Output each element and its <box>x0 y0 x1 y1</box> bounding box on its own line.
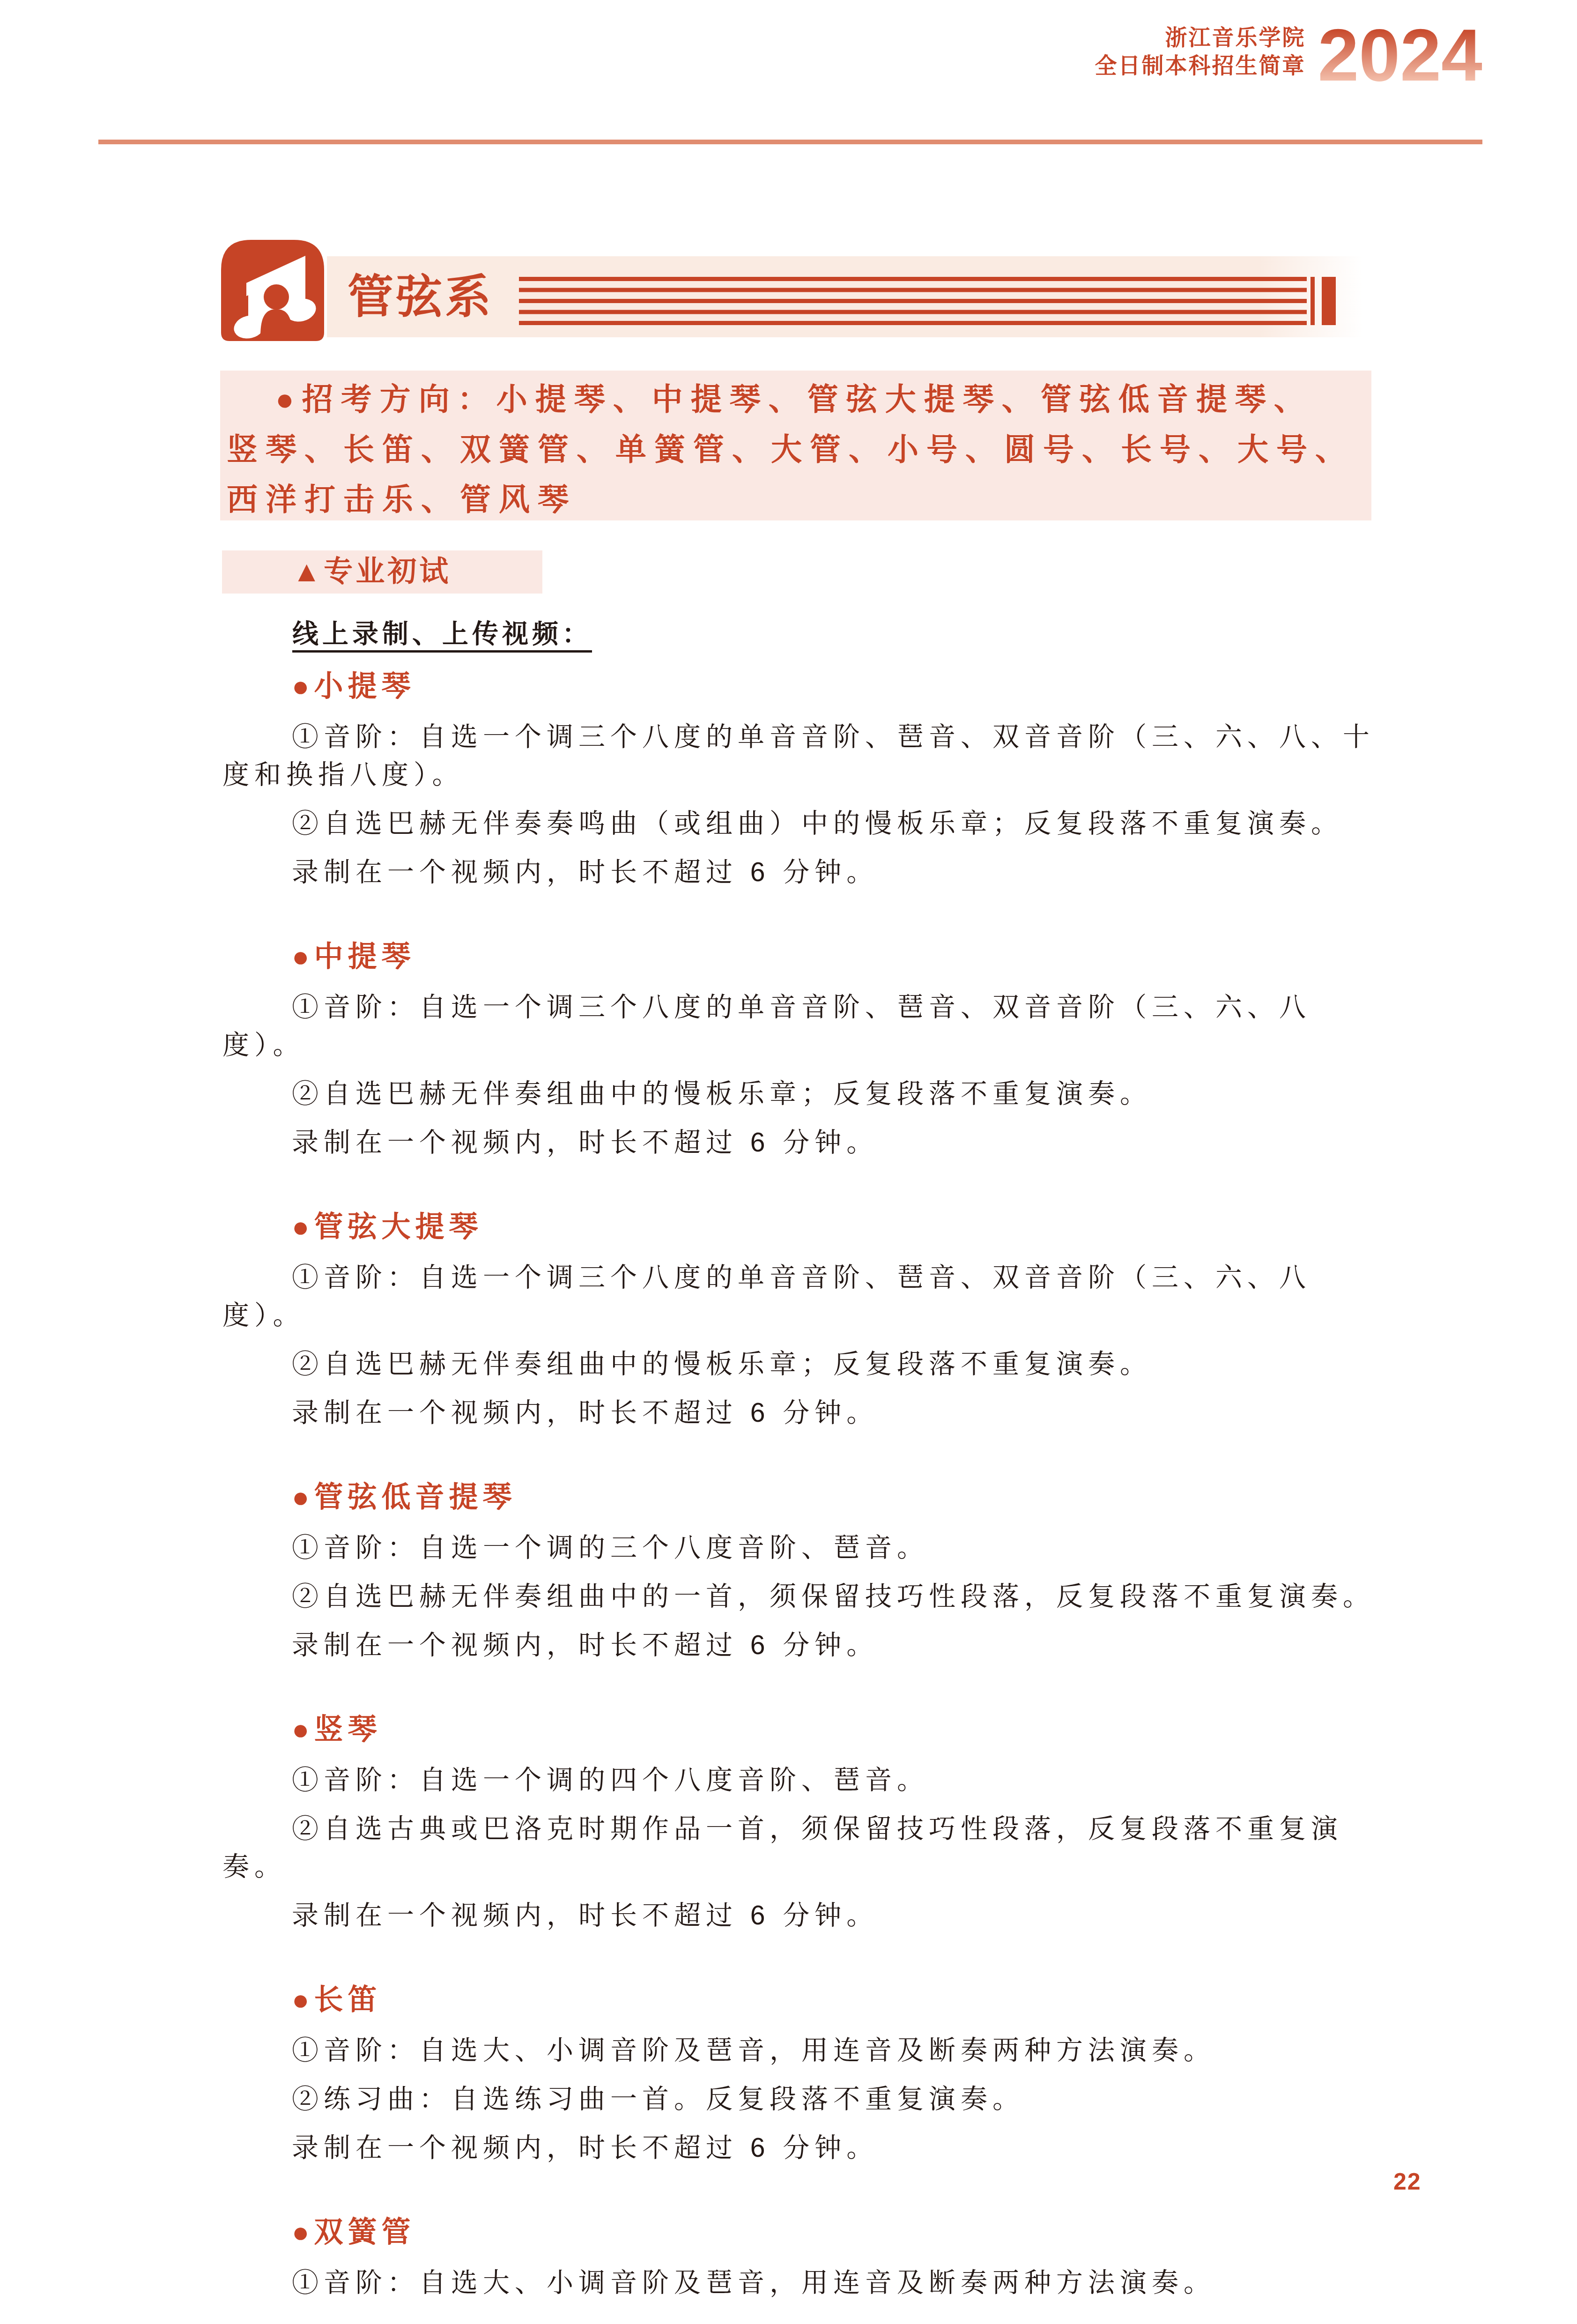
header-text-block: 浙江音乐学院 全日制本科招生简章 <box>1095 21 1306 80</box>
section-title-harp: ●竖琴 <box>222 1711 1384 1749</box>
section-title-flute: ●长笛 <box>222 1981 1384 2019</box>
requirement-item: ①音阶：自选大、小调音阶及琶音，用连音及断奏两种方法演奏。 <box>222 2032 1384 2070</box>
requirement-item: ②自选古典或巴洛克时期作品一首，须保留技巧性段落，反复段落不重复演奏。 <box>222 1810 1384 1886</box>
requirement-item: ①音阶：自选一个调三个八度的单音音阶、琶音、双音音阶（三、六、八、十度和换指八度… <box>222 718 1384 794</box>
admission-directions-line: ●招考方向：小提琴、中提琴、管弦大提琴、管弦低音提琴、 <box>220 371 1371 424</box>
year-label: 2024 <box>1318 21 1483 83</box>
admission-directions-line: 西洋打击乐、管风琴 <box>220 475 1371 525</box>
admission-directions-block: ●招考方向：小提琴、中提琴、管弦大提琴、管弦低音提琴、 竖琴、长笛、双簧管、单簧… <box>220 371 1371 520</box>
online-recording-note: 线上录制、上传视频： <box>222 615 1384 653</box>
requirement-item: ②练习曲：自选练习曲一首。反复段落不重复演奏。 <box>222 2080 1384 2118</box>
requirements-content: 线上录制、上传视频： ●小提琴 ①音阶：自选一个调三个八度的单音音阶、琶音、双音… <box>222 615 1384 2313</box>
school-name: 浙江音乐学院 <box>1165 23 1306 52</box>
section-title-double-bass: ●管弦低音提琴 <box>222 1478 1384 1516</box>
section-title-viola: ●中提琴 <box>222 938 1384 976</box>
brochure-subtitle: 全日制本科招生简章 <box>1095 52 1306 80</box>
requirement-item: ①音阶：自选一个调三个八度的单音音阶、琶音、双音音阶（三、六、八度）。 <box>222 988 1384 1064</box>
requirement-item: ①音阶：自选一个调三个八度的单音音阶、琶音、双音音阶（三、六、八度）。 <box>222 1259 1384 1335</box>
section-title-cello: ●管弦大提琴 <box>222 1208 1384 1246</box>
requirement-item: 录制在一个视频内，时长不超过 6 分钟。 <box>222 854 1384 891</box>
requirement-item: ①音阶：自选大、小调音阶及琶音，用连音及断奏两种方法演奏。 <box>222 2264 1384 2302</box>
section-title-violin: ●小提琴 <box>222 668 1384 705</box>
requirement-item: 录制在一个视频内，时长不超过 6 分钟。 <box>222 1394 1384 1432</box>
requirement-item: ②自选巴赫无伴奏奏鸣曲（或组曲）中的慢板乐章；反复段落不重复演奏。 <box>222 805 1384 843</box>
requirement-item: 录制在一个视频内，时长不超过 6 分钟。 <box>222 1897 1384 1935</box>
requirement-item: ①音阶：自选一个调的三个八度音阶、琶音。 <box>222 1529 1384 1567</box>
requirement-item: 录制在一个视频内，时长不超过 6 分钟。 <box>222 2129 1384 2167</box>
section-title-oboe: ●双簧管 <box>222 2213 1384 2251</box>
requirement-item: ②自选巴赫无伴奏组曲中的慢板乐章；反复段落不重复演奏。 <box>222 1075 1384 1113</box>
exam-stage-label: ▲专业初试 <box>222 550 542 594</box>
music-note-person-icon <box>221 240 324 341</box>
requirement-item: 录制在一个视频内，时长不超过 6 分钟。 <box>222 1124 1384 1162</box>
page-header: 浙江音乐学院 全日制本科招生简章 2024 <box>1095 21 1483 83</box>
exam-stage-band: ▲专业初试 <box>222 550 542 594</box>
requirement-item: 录制在一个视频内，时长不超过 6 分钟。 <box>222 1626 1384 1664</box>
staff-lines-decoration <box>519 277 1337 326</box>
header-separator-line <box>98 140 1482 144</box>
admission-directions-line: 竖琴、长笛、双簧管、单簧管、大管、小号、圆号、长号、大号、 <box>220 424 1371 475</box>
brochure-page: { "header": { "school": "浙江音乐学院", "subti… <box>0 0 1577 2324</box>
requirement-item: ②自选巴赫无伴奏组曲中的一首，须保留技巧性段落，反复段落不重复演奏。 <box>222 1578 1384 1616</box>
department-title: 管弦系 <box>348 268 494 325</box>
page-number: 22 <box>1393 2168 1422 2195</box>
requirement-item: ①音阶：自选一个调的四个八度音阶、琶音。 <box>222 1761 1384 1799</box>
requirement-item: ②自选巴赫无伴奏组曲中的慢板乐章；反复段落不重复演奏。 <box>222 1345 1384 1383</box>
